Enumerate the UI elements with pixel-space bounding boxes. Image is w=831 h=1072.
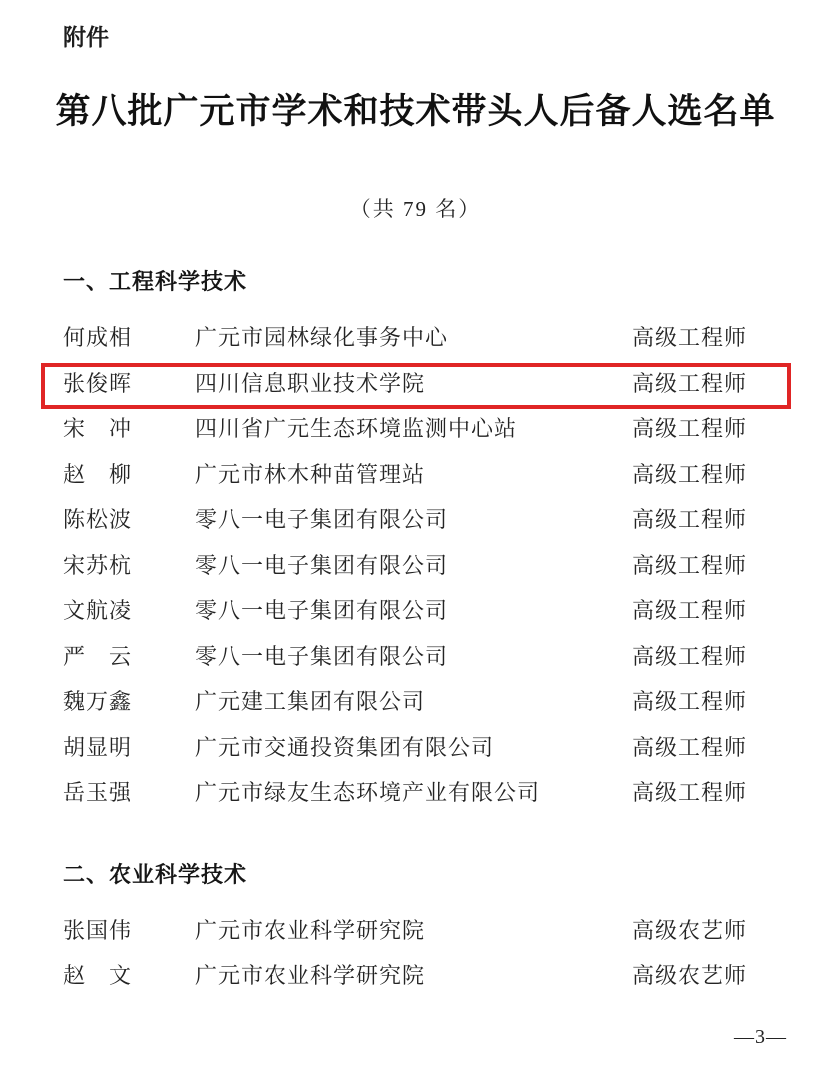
person-name-cell: 文航凌 bbox=[63, 588, 195, 634]
organization-cell: 广元市农业科学研究院 bbox=[195, 953, 632, 999]
organization-cell: 零八一电子集团有限公司 bbox=[195, 497, 632, 543]
total-count-note: （共 79 名） bbox=[43, 195, 788, 223]
organization-cell: 广元市农业科学研究院 bbox=[195, 908, 632, 954]
document-page: 附件 第八批广元市学术和技术带头人后备人选名单 （共 79 名） 一、工程科学技… bbox=[0, 0, 831, 1072]
table-row: 魏万鑫广元建工集团有限公司高级工程师 bbox=[63, 679, 790, 725]
organization-cell: 零八一电子集团有限公司 bbox=[195, 634, 632, 680]
person-name-cell: 严 云 bbox=[63, 634, 195, 680]
job-title-cell: 高级工程师 bbox=[632, 361, 790, 407]
organization-cell: 广元市园林绿化事务中心 bbox=[195, 315, 632, 361]
page-number: —3— bbox=[734, 1026, 787, 1049]
section-heading: 一、工程科学技术 bbox=[63, 267, 790, 297]
page-title: 第八批广元市学术和技术带头人后备人选名单 bbox=[43, 89, 788, 135]
organization-cell: 广元市交通投资集团有限公司 bbox=[195, 725, 632, 771]
table-row: 文航凌零八一电子集团有限公司高级工程师 bbox=[63, 588, 790, 634]
person-name-cell: 何成相 bbox=[63, 315, 195, 361]
job-title-cell: 高级工程师 bbox=[632, 725, 790, 771]
job-title-cell: 高级工程师 bbox=[632, 406, 790, 452]
organization-cell: 广元市林木种苗管理站 bbox=[195, 452, 632, 498]
organization-cell: 零八一电子集团有限公司 bbox=[195, 588, 632, 634]
person-name-cell: 宋 冲 bbox=[63, 406, 195, 452]
job-title-cell: 高级农艺师 bbox=[632, 953, 790, 999]
person-name-cell: 岳玉强 bbox=[63, 770, 195, 816]
table-row: 张俊晖四川信息职业技术学院高级工程师 bbox=[63, 361, 790, 407]
job-title-cell: 高级工程师 bbox=[632, 497, 790, 543]
table-row: 张国伟广元市农业科学研究院高级农艺师 bbox=[63, 908, 790, 954]
job-title-cell: 高级工程师 bbox=[632, 315, 790, 361]
table-row: 岳玉强广元市绿友生态环境产业有限公司高级工程师 bbox=[63, 770, 790, 816]
job-title-cell: 高级工程师 bbox=[632, 588, 790, 634]
table-row: 严 云零八一电子集团有限公司高级工程师 bbox=[63, 634, 790, 680]
section-rows: 张国伟广元市农业科学研究院高级农艺师赵 文广元市农业科学研究院高级农艺师 bbox=[63, 908, 790, 999]
person-name-cell: 赵 文 bbox=[63, 953, 195, 999]
job-title-cell: 高级工程师 bbox=[632, 770, 790, 816]
job-title-cell: 高级工程师 bbox=[632, 452, 790, 498]
person-name-cell: 张国伟 bbox=[63, 908, 195, 954]
table-row: 赵 柳广元市林木种苗管理站高级工程师 bbox=[63, 452, 790, 498]
person-name-cell: 宋苏杭 bbox=[63, 543, 195, 589]
person-name-cell: 陈松波 bbox=[63, 497, 195, 543]
job-title-cell: 高级农艺师 bbox=[632, 908, 790, 954]
organization-cell: 零八一电子集团有限公司 bbox=[195, 543, 632, 589]
job-title-cell: 高级工程师 bbox=[632, 543, 790, 589]
table-row: 胡显明广元市交通投资集团有限公司高级工程师 bbox=[63, 725, 790, 771]
organization-cell: 四川信息职业技术学院 bbox=[195, 361, 632, 407]
table-row: 赵 文广元市农业科学研究院高级农艺师 bbox=[63, 953, 790, 999]
person-name-cell: 魏万鑫 bbox=[63, 679, 195, 725]
organization-cell: 广元建工集团有限公司 bbox=[195, 679, 632, 725]
table-row: 宋 冲四川省广元生态环境监测中心站高级工程师 bbox=[63, 406, 790, 452]
organization-cell: 广元市绿友生态环境产业有限公司 bbox=[195, 770, 632, 816]
organization-cell: 四川省广元生态环境监测中心站 bbox=[195, 406, 632, 452]
section-heading: 二、农业科学技术 bbox=[63, 860, 790, 890]
person-name-cell: 赵 柳 bbox=[63, 452, 195, 498]
attachment-label: 附件 bbox=[63, 22, 790, 52]
table-row: 陈松波零八一电子集团有限公司高级工程师 bbox=[63, 497, 790, 543]
job-title-cell: 高级工程师 bbox=[632, 679, 790, 725]
sections-container: 一、工程科学技术何成相广元市园林绿化事务中心高级工程师张俊晖四川信息职业技术学院… bbox=[63, 267, 790, 999]
person-name-cell: 张俊晖 bbox=[63, 361, 195, 407]
job-title-cell: 高级工程师 bbox=[632, 634, 790, 680]
person-name-cell: 胡显明 bbox=[63, 725, 195, 771]
table-row: 何成相广元市园林绿化事务中心高级工程师 bbox=[63, 315, 790, 361]
section-rows: 何成相广元市园林绿化事务中心高级工程师张俊晖四川信息职业技术学院高级工程师宋 冲… bbox=[63, 315, 790, 816]
table-row: 宋苏杭零八一电子集团有限公司高级工程师 bbox=[63, 543, 790, 589]
